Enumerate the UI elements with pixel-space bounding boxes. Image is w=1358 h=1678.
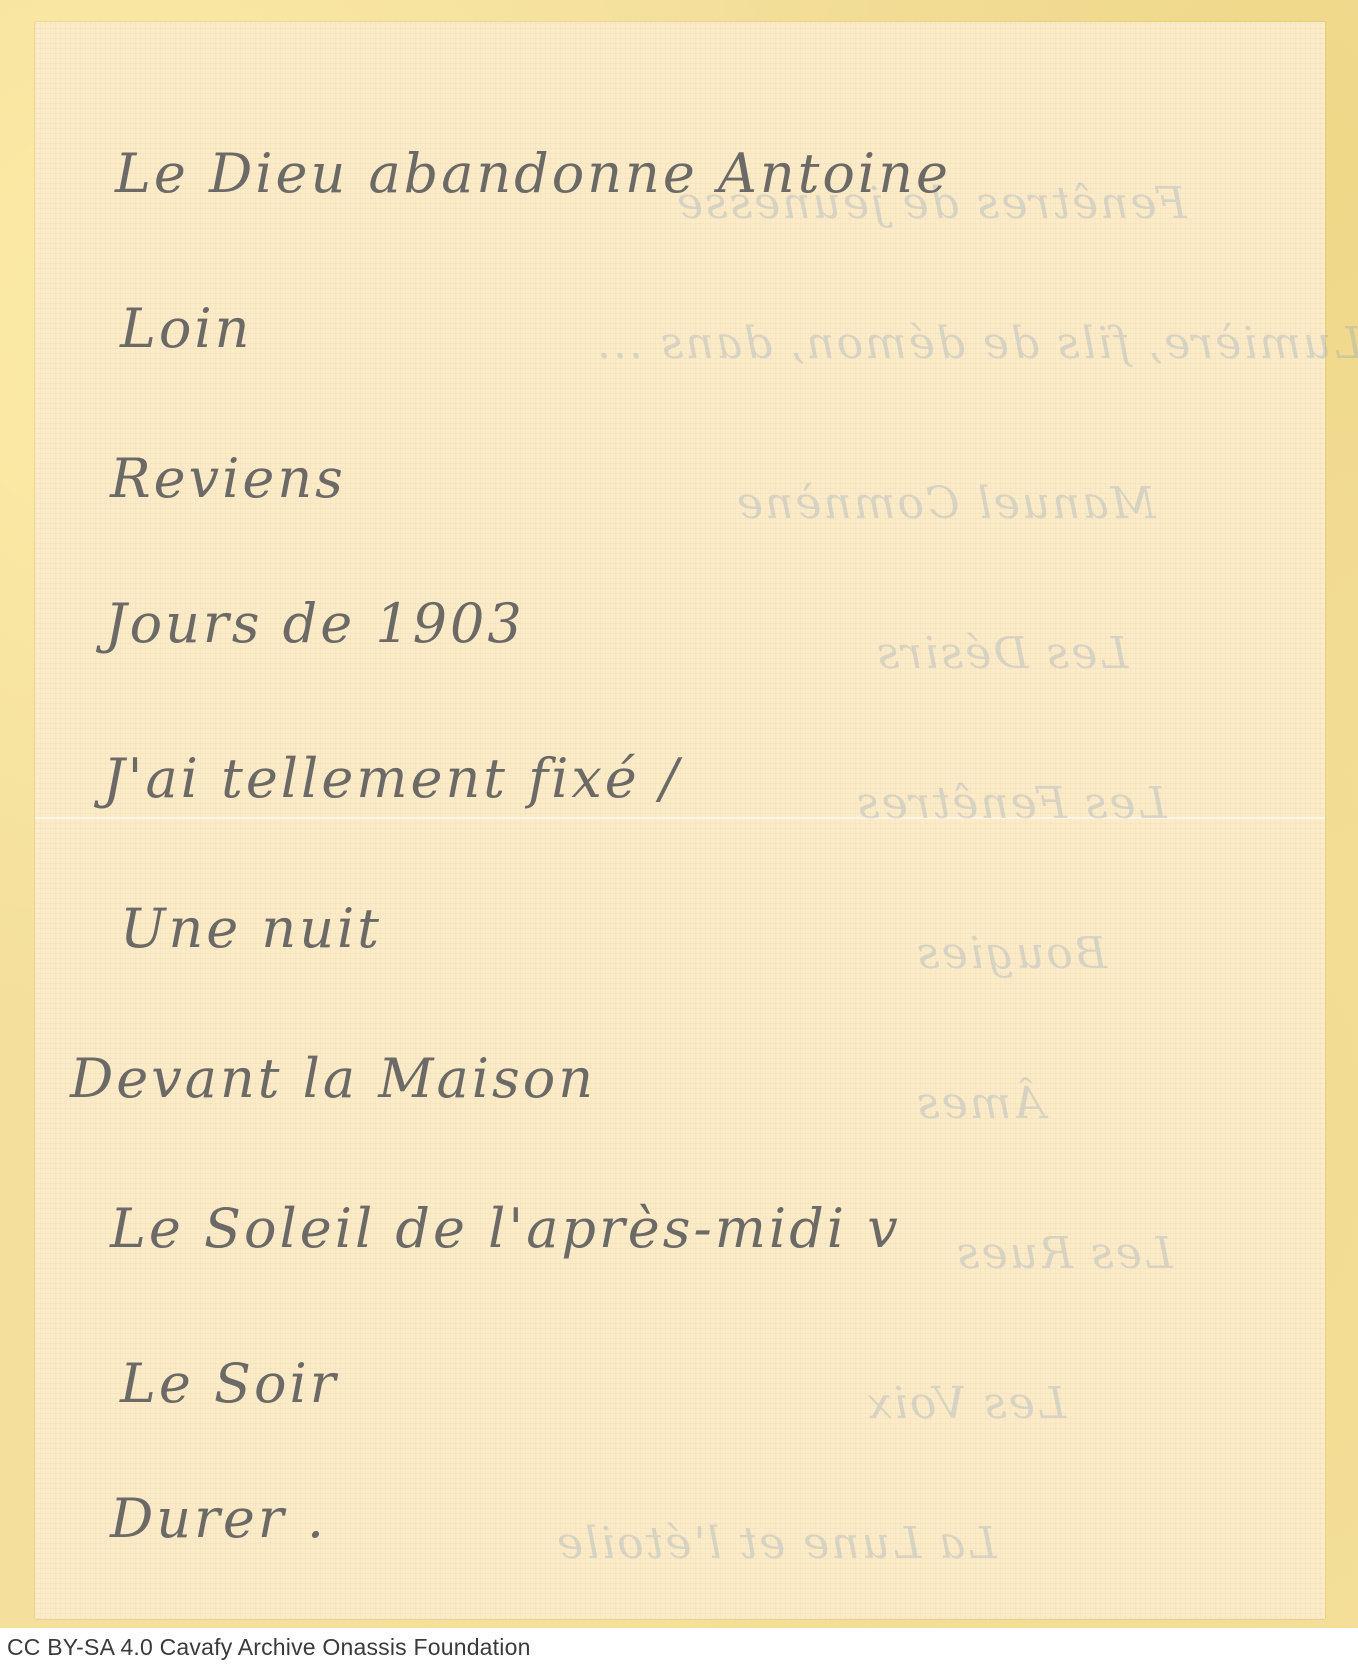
show-through-line: Lumière, fils de démon, dans ... xyxy=(595,322,1358,366)
handwritten-line-5: J'ai tellement fixé / xyxy=(103,752,681,806)
handwritten-line-3: Reviens xyxy=(110,452,346,506)
handwritten-line-10: Durer . xyxy=(110,1492,327,1546)
show-through-line: Les Rues xyxy=(955,1232,1173,1276)
show-through-line: Les Voix xyxy=(865,1382,1066,1426)
handwritten-line-4: Jours de 1903 xyxy=(105,597,525,651)
handwritten-line-1: Le Dieu abandonne Antoine xyxy=(115,147,951,201)
manuscript-page: Fenêtres de jeunesse Lumière, fils de dé… xyxy=(35,22,1325,1619)
license-caption: CC BY-SA 4.0 Cavafy Archive Onassis Foun… xyxy=(7,1634,531,1661)
handwritten-line-8: Le Soleil de l'après-midi v xyxy=(110,1202,901,1256)
handwritten-line-6: Une nuit xyxy=(120,902,382,956)
show-through-line: Les Désirs xyxy=(875,632,1128,676)
handwritten-line-2: Loin xyxy=(120,302,252,356)
handwritten-line-7: Devant la Maison xyxy=(70,1052,596,1106)
show-through-line: Les Fenêtres xyxy=(855,782,1167,826)
show-through-line: Manuel Comnène xyxy=(735,482,1156,526)
show-through-line: Âmes xyxy=(915,1082,1045,1126)
handwritten-line-9: Le Soir xyxy=(120,1357,339,1411)
show-through-line: La Lune et l'étoile xyxy=(555,1522,997,1566)
show-through-line: Bougies xyxy=(915,932,1107,976)
